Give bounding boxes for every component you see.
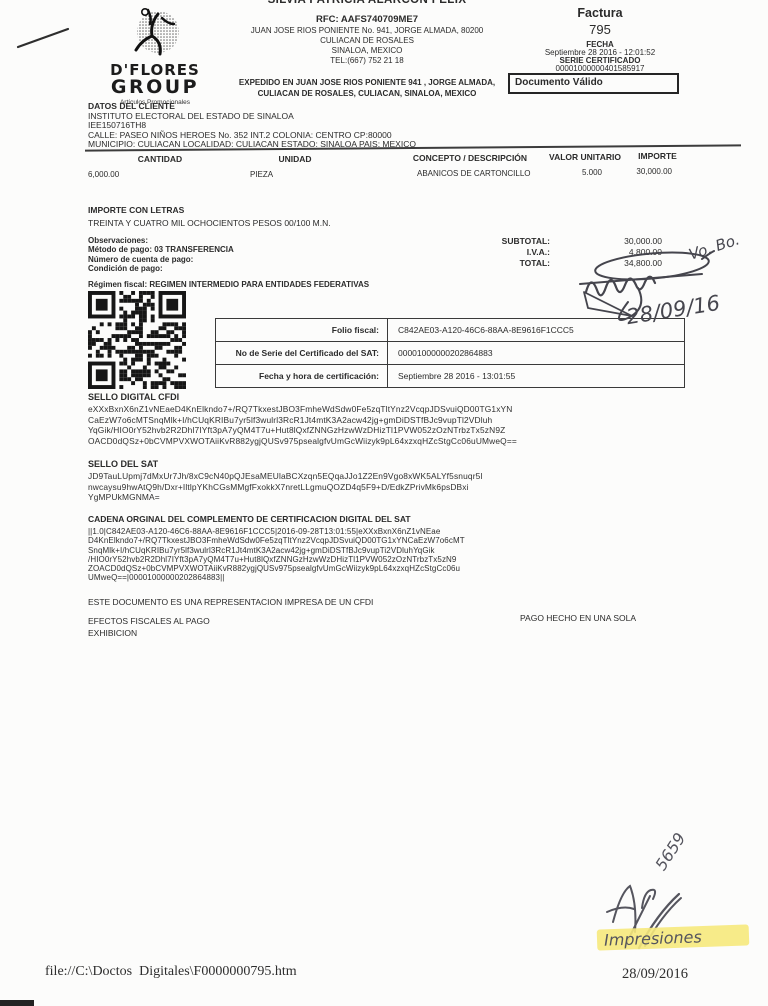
- cadena-line: ||1.0|C842AE03-A120-46C6-88AA-8E9616F1CC…: [88, 527, 465, 536]
- cuenta-pago: Número de cuenta de pago:: [88, 255, 234, 264]
- dancer-flower-logo-icon: [118, 6, 192, 56]
- serie-value: 00001000000401585917: [505, 64, 695, 73]
- item-importe: 30,000.00: [610, 167, 672, 176]
- invoice-label: Factura: [505, 6, 695, 20]
- footer-date: 28/09/2016: [622, 966, 688, 983]
- efectos-fiscales-line2: EXHIBICION: [88, 629, 137, 639]
- efectos-fiscales-line1: EFECTOS FISCALES AL PAGO: [88, 617, 210, 627]
- fecha-certificacion-value: Septiembre 28 2016 - 13:01:55: [388, 371, 684, 381]
- issuer-address1: JUAN JOSE RIOS PONIENTE No. 941, JORGE A…: [222, 26, 512, 35]
- sello-sat-text: JD9TauLUpmj7dMxUr7Jh/8xC9cN40pQJEsaMEUla…: [88, 471, 482, 503]
- scanned-invoice-page: D'FLORES GROUP Artículos Promocionales S…: [0, 0, 768, 1006]
- item-cantidad: 6,000.00: [88, 170, 119, 179]
- scan-artifact-bar: [0, 1000, 34, 1006]
- subtotal-value: 30,000.00: [580, 237, 662, 247]
- amount-words-text: TREINTA Y CUATRO MIL OCHOCIENTOS PESOS 0…: [88, 219, 331, 229]
- subtotal-label: SUBTOTAL:: [430, 237, 550, 247]
- pago-nota: PAGO HECHO EN UNA SOLA: [520, 614, 636, 624]
- col-header-unidad: UNIDAD: [240, 155, 350, 165]
- cadena-heading: CADENA ORGINAL DEL COMPLEMENTO DE CERTIF…: [88, 515, 411, 525]
- cadena-line: SnqMlk+I/hCUqKRIBu7yr5lf3wulrl3RcR1Jt4mt…: [88, 546, 465, 555]
- sello-sat-line: nwcaysu9hwAtQ9h/Dxr+IltlpYKhCGsMMgfFxokk…: [88, 482, 482, 493]
- sello-sat-line: YgMPUkMGNMA=: [88, 492, 482, 503]
- folio-fiscal-label: Folio fiscal:: [216, 319, 388, 341]
- total-label: TOTAL:: [430, 259, 550, 269]
- file-path: file://C:\Doctos Digitales\F0000000795.h…: [45, 964, 297, 980]
- client-section: DATOS DEL CLIENTE INSTITUTO ELECTORAL DE…: [88, 102, 416, 150]
- metodo-pago: Método de pago: 03 TRANSFERENCIA: [88, 245, 234, 254]
- cadena-line: UMweQ==|00001000000202864883||: [88, 573, 465, 582]
- cadena-line: ZOACD0dQSz+0bCVMPVXWOTAiiKvR882ygjQUSv97…: [88, 564, 465, 573]
- sello-cfdi-line: eXXxBxnX6nZ1vNEaeD4KnElkndo7+/RQ7TkxestJ…: [88, 404, 517, 415]
- qr-code: [88, 291, 186, 389]
- condicion-pago: Condición de pago:: [88, 264, 234, 273]
- cadena-line: /HIO0rY52hvb2R2Dhl7IYft3pA7yQM4T7u+Hut8l…: [88, 555, 465, 564]
- payment-section: Observaciones: Método de pago: 03 TRANSF…: [88, 236, 234, 274]
- amount-words-heading: IMPORTE CON LETRAS: [88, 206, 184, 216]
- item-unidad: PIEZA: [250, 170, 273, 179]
- sello-sat-line: JD9TauLUpmj7dMxUr7Jh/8xC9cN40pQJEsaMEUla…: [88, 471, 482, 482]
- col-header-valor-unitario: VALOR UNITARIO: [540, 153, 630, 163]
- sello-sat-heading: SELLO DEL SAT: [88, 459, 158, 469]
- cadena-text: ||1.0|C842AE03-A120-46C6-88AA-8E9616F1CC…: [88, 527, 465, 583]
- issuer-tel: TEL:(667) 752 21 18: [222, 56, 512, 65]
- issuer-address3: SINALOA, MEXICO: [222, 46, 512, 55]
- col-header-importe: IMPORTE: [625, 152, 690, 162]
- fecha-certificacion-label: Fecha y hora de certificación:: [216, 365, 388, 387]
- cfdi-representation-note: ESTE DOCUMENTO ES UNA REPRESENTACION IMP…: [88, 598, 373, 608]
- expedido-line1: EXPEDIDO EN JUAN JOSE RIOS PONIENTE 941 …: [222, 78, 512, 87]
- item-concepto: ABANICOS DE CARTONCILLO: [417, 169, 531, 178]
- table-row: No de Serie del Certificado del SAT: 000…: [216, 341, 684, 364]
- invoice-number: 795: [505, 22, 695, 37]
- expedido-line2: CULIACAN DE ROSALES, CULIACAN, SINALOA, …: [222, 89, 512, 98]
- table-row: Fecha y hora de certificación: Septiembr…: [216, 364, 684, 387]
- col-header-cantidad: CANTIDAD: [95, 155, 225, 165]
- sello-cfdi-line: CaEzW7o6cMTSnqMlk+I/hCUqKRIBu7yr5lf3wulr…: [88, 415, 517, 426]
- issuer-name: SILVIA PATRICIA ALARCON FELIX: [222, 0, 512, 6]
- sello-cfdi-line: YqGik/HIO0rY52hvb2R2Dhl7IYft3pA7yQM4T7u+…: [88, 425, 517, 436]
- sello-cfdi-text: eXXxBxnX6nZ1vNEaeD4KnElkndo7+/RQ7TkxestJ…: [88, 404, 517, 446]
- logo-line2: GROUP: [88, 79, 222, 96]
- sello-cfdi-line: OACD0dQSz+0bCVMPVXWOTAiiKvR882ygjQUSv975…: [88, 436, 517, 447]
- no-serie-sat-value: 00001000000202864883: [388, 348, 684, 358]
- sello-cfdi-heading: SELLO DIGITAL CFDI: [88, 392, 179, 402]
- iva-label: I.V.A.:: [430, 248, 550, 258]
- documento-valido-box: Documento Válido: [508, 73, 679, 94]
- pen-stroke-mark: [10, 20, 80, 52]
- company-logo: D'FLORES GROUP Artículos Promocionales: [88, 6, 222, 106]
- cadena-line: D4KnElkndo7+/RQ7TkxestJBO3FmheWdSdw0Fe5z…: [88, 536, 465, 545]
- item-valor-unitario: 5.000: [540, 168, 602, 177]
- issuer-rfc: RFC: AAFS740709ME7: [222, 14, 512, 25]
- certification-table: Folio fiscal: C842AE03-A120-46C6-88AA-8E…: [215, 318, 685, 388]
- issuer-address2: CULIACAN DE ROSALES: [222, 36, 512, 45]
- handwritten-impresiones: Impresiones: [604, 927, 702, 949]
- no-serie-sat-label: No de Serie del Certificado del SAT:: [216, 342, 388, 364]
- observaciones-label: Observaciones:: [88, 236, 234, 245]
- regimen-fiscal: Régimen fiscal: REGIMEN INTERMEDIO PARA …: [88, 280, 369, 289]
